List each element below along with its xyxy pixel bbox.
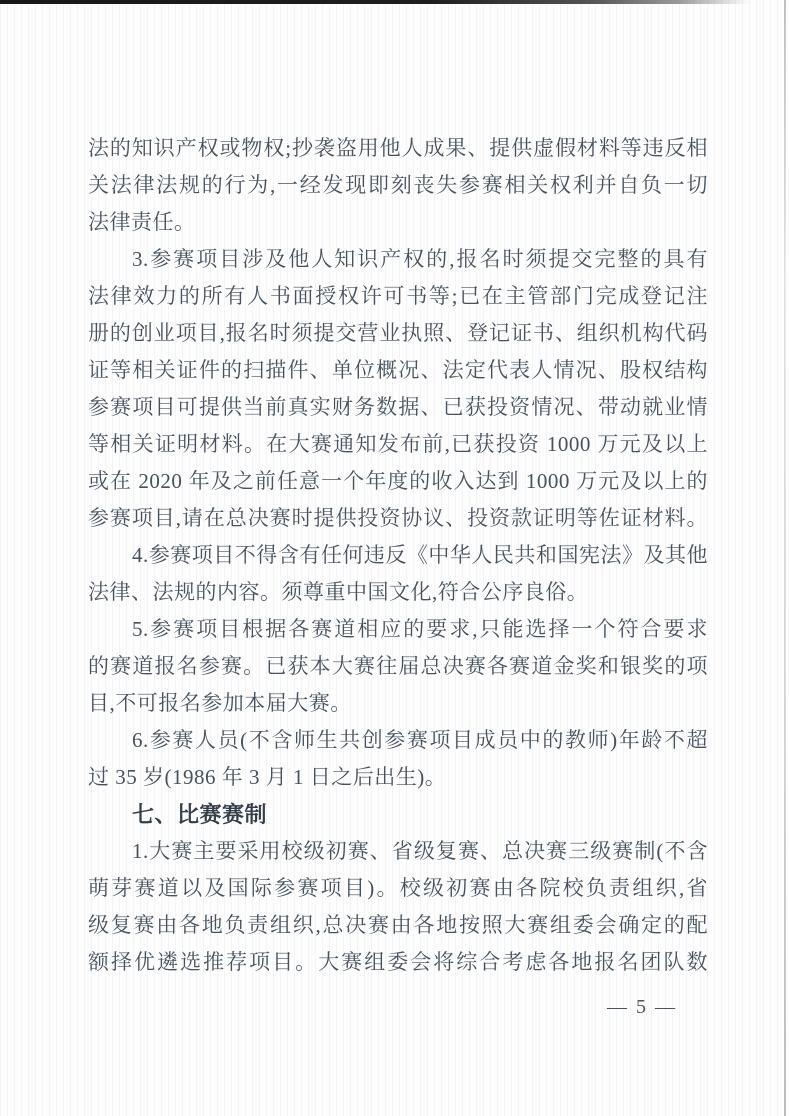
text-line: 3.参赛项目涉及他人知识产权的,报名时须提交完整的具有 (88, 241, 708, 278)
text-line: 法律、法规的内容。须尊重中国文化,符合公序良俗。 (88, 574, 708, 611)
text-line: 5.参赛项目根据各赛道相应的要求,只能选择一个符合要求 (88, 611, 708, 648)
paragraph-item-3: 3.参赛项目涉及他人知识产权的,报名时须提交完整的具有 法律效力的所有人书面授权… (88, 241, 708, 537)
text-line: 法律责任。 (88, 204, 708, 241)
section-heading: 七、比赛赛制 (88, 796, 708, 833)
document-body: 法的知识产权或物权;抄袭盗用他人成果、提供虚假材料等违反相 关法律法规的行为,一… (88, 130, 708, 981)
page-number: — 5 — (607, 996, 677, 1019)
text-line: 萌芽赛道以及国际参赛项目)。校级初赛由各院校负责组织,省 (88, 870, 708, 907)
paragraph-item-6: 6.参赛人员(不含师生共创参赛项目成员中的教师)年龄不超 过 35 岁(1986… (88, 722, 708, 796)
text-line: 6.参赛人员(不含师生共创参赛项目成员中的教师)年龄不超 (88, 722, 708, 759)
text-line: 证等相关证件的扫描件、单位概况、法定代表人情况、股权结构等。 (88, 352, 708, 389)
text-line: 4.参赛项目不得含有任何违反《中华人民共和国宪法》及其他 (88, 537, 708, 574)
text-line: 级复赛由各地负责组织,总决赛由各地按照大赛组委会确定的配 (88, 907, 708, 944)
text-line: 法律效力的所有人书面授权许可书等;已在主管部门完成登记注 (88, 278, 708, 315)
scan-edge-artifact-right (784, 0, 786, 1116)
paragraph-item-5: 5.参赛项目根据各赛道相应的要求,只能选择一个符合要求 的赛道报名参赛。已获本大… (88, 611, 708, 722)
text-line: 的赛道报名参赛。已获本大赛往届总决赛各赛道金奖和银奖的项 (88, 648, 708, 685)
text-line: 参赛项目可提供当前真实财务数据、已获投资情况、带动就业情况 (88, 389, 708, 426)
text-line: 或在 2020 年及之前任意一个年度的收入达到 1000 万元及以上的 (88, 463, 708, 500)
paragraph-item-4: 4.参赛项目不得含有任何违反《中华人民共和国宪法》及其他 法律、法规的内容。须尊… (88, 537, 708, 611)
text-line: 目,不可报名参加本届大赛。 (88, 685, 708, 722)
paragraph-continuation: 法的知识产权或物权;抄袭盗用他人成果、提供虚假材料等违反相 关法律法规的行为,一… (88, 130, 708, 241)
text-line: 册的创业项目,报名时须提交营业执照、登记证书、组织机构代码 (88, 315, 708, 352)
text-line: 额择优遴选推荐项目。大赛组委会将综合考虑各地报名团队数 (88, 944, 708, 981)
scan-edge-artifact-top (0, 0, 789, 4)
text-line: 参赛项目,请在总决赛时提供投资协议、投资款证明等佐证材料。 (88, 500, 708, 537)
text-line: 过 35 岁(1986 年 3 月 1 日之后出生)。 (88, 759, 708, 796)
text-line: 法的知识产权或物权;抄袭盗用他人成果、提供虚假材料等违反相 (88, 130, 708, 167)
paragraph-item-7-1: 1.大赛主要采用校级初赛、省级复赛、总决赛三级赛制(不含 萌芽赛道以及国际参赛项… (88, 833, 708, 981)
text-line: 等相关证明材料。在大赛通知发布前,已获投资 1000 万元及以上 (88, 426, 708, 463)
text-line: 关法律法规的行为,一经发现即刻丧失参赛相关权利并自负一切 (88, 167, 708, 204)
text-line: 1.大赛主要采用校级初赛、省级复赛、总决赛三级赛制(不含 (88, 833, 708, 870)
